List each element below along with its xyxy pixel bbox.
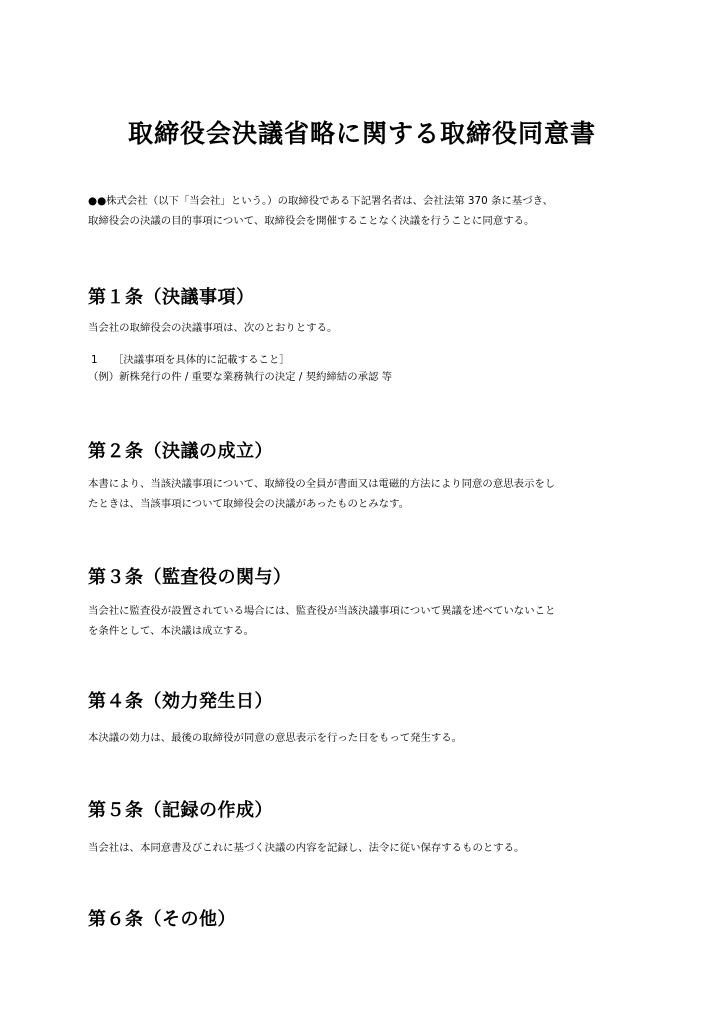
intro-line: ●●株式会社（以下「当会社」という。）の取締役である下記署名者は、会社法第 37…: [88, 191, 648, 211]
document-title: 取締役会決議省略に関する取締役同意書: [0, 116, 724, 152]
intro-paragraph: ●●株式会社（以下「当会社」という。）の取締役である下記署名者は、会社法第 37…: [88, 191, 648, 231]
item-number: 1: [88, 352, 113, 369]
document-page: 取締役会決議省略に関する取締役同意書 ●●株式会社（以下「当会社」という。）の取…: [0, 0, 724, 1024]
article-4-body: 本決議の効力は、最後の取締役が同意の意思表示を行った日をもって発生する。: [88, 728, 648, 748]
article-1-body-line: 当会社の取締役会の決議事項は、次のとおりとする。: [88, 318, 648, 338]
article-1-items: 1［決議事項を具体的に記載すること］ （例）新株発行の件 / 重要な業務執行の決…: [88, 352, 392, 386]
article-3-body: 当会社に監査役が設置されている場合には、監査役が当該決議事項について異議を述べて…: [88, 601, 648, 641]
article-5-heading: 第５条（記録の作成）: [88, 799, 273, 823]
article-3-body-line: を条件として、本決議は成立する。: [88, 621, 648, 641]
article-1-heading: 第１条（決議事項）: [88, 286, 255, 310]
article-1-body: 当会社の取締役会の決議事項は、次のとおりとする。: [88, 318, 648, 338]
article-2-body-line: 本書により、当該決議事項について、取締役の全員が書面又は電磁的方法により同意の意…: [88, 474, 648, 494]
intro-line: 取締役会の決議の目的事項について、取締役会を開催することなく決議を行うことに同意…: [88, 211, 648, 231]
article-4-body-line: 本決議の効力は、最後の取締役が同意の意思表示を行った日をもって発生する。: [88, 728, 648, 748]
item-text: ［決議事項を具体的に記載すること］: [113, 354, 290, 366]
article-2-body: 本書により、当該決議事項について、取締役の全員が書面又は電磁的方法により同意の意…: [88, 474, 648, 514]
article-3-body-line: 当会社に監査役が設置されている場合には、監査役が当該決議事項について異議を述べて…: [88, 601, 648, 621]
article-2-body-line: たときは、当該事項について取締役会の決議があったものとみなす。: [88, 494, 648, 514]
article-1-item: 1［決議事項を具体的に記載すること］: [88, 352, 392, 369]
item-text: （例）新株発行の件 / 重要な業務執行の決定 / 契約締結の承認 等: [88, 371, 392, 383]
article-4-heading: 第４条（効力発生日）: [88, 690, 273, 714]
article-5-body-line: 当会社は、本同意書及びこれに基づく決議の内容を記録し、法令に従い保存するものとす…: [88, 838, 648, 858]
article-3-heading: 第３条（監査役の関与）: [88, 566, 292, 590]
article-6-heading: 第６条（その他）: [88, 908, 236, 932]
article-2-heading: 第２条（決議の成立）: [88, 440, 273, 464]
article-5-body: 当会社は、本同意書及びこれに基づく決議の内容を記録し、法令に従い保存するものとす…: [88, 838, 648, 858]
article-1-example: （例）新株発行の件 / 重要な業務執行の決定 / 契約締結の承認 等: [88, 369, 392, 386]
